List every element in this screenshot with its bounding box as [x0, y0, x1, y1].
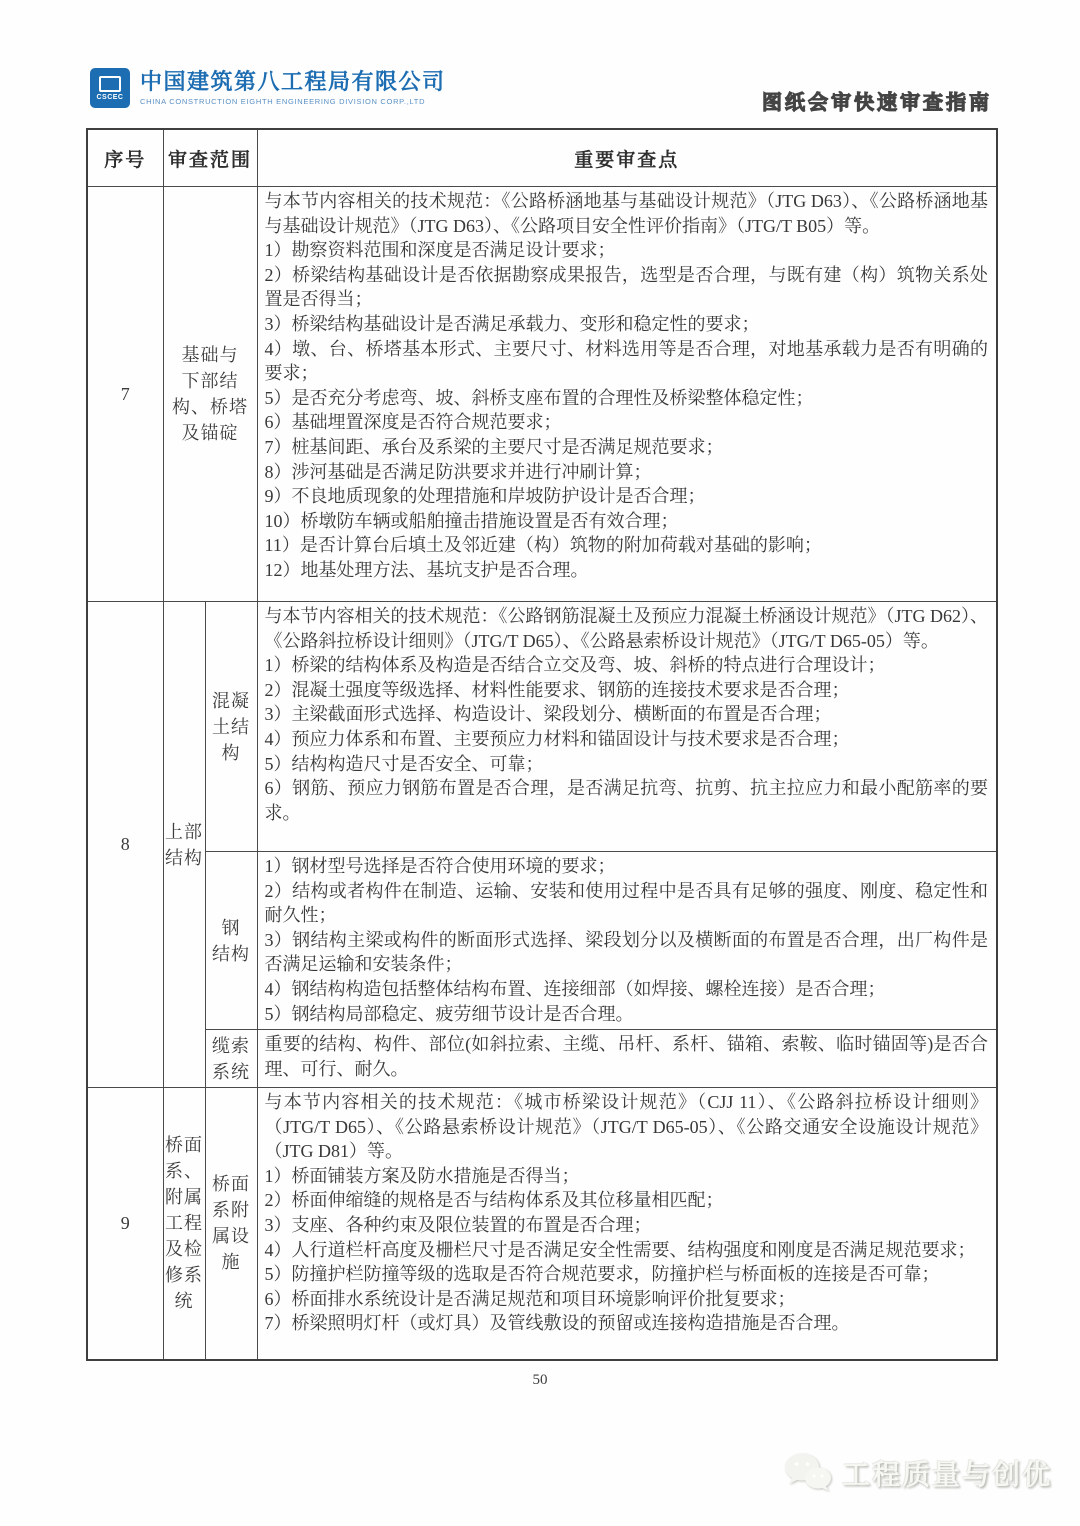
- wechat-icon: [783, 1452, 833, 1494]
- column-header-no: 序号: [87, 129, 163, 187]
- row9-number: 9: [87, 1088, 163, 1360]
- company-brand: CSCEC 中国建筑第八工程局有限公司 CHINA CONSTRUCTION E…: [90, 68, 446, 108]
- column-header-scope: 审查范围: [163, 129, 257, 187]
- row9-sub-deck: 桥面 系附 属设 施: [205, 1088, 257, 1360]
- table-row-7: 7 基础与 下部结 构、桥塔 及锚碇 与本节内容相关的技术规范：《公路桥涵地基与…: [87, 187, 997, 602]
- row8-sub-concrete: 混凝 土结 构: [205, 602, 257, 852]
- table-row-8-concrete: 8 上部 结构 混凝 土结 构 与本节内容相关的技术规范：《公路钢筋混凝土及预应…: [87, 602, 997, 852]
- table-row-8-steel: 钢 结构 1）钢材型号选择是否符合使用环境的要求； 2）结构或者构件在制造、运输…: [87, 852, 997, 1030]
- row9-scope: 桥面 系、 附属 工程 及检 修系 统: [163, 1088, 205, 1360]
- row7-number: 7: [87, 187, 163, 602]
- row8-concrete-points: 与本节内容相关的技术规范：《公路钢筋混凝土及预应力混凝土桥涵设计规范》（JTG …: [257, 602, 997, 852]
- watermark: 工程质量与创优: [783, 1452, 1052, 1494]
- row7-scope: 基础与 下部结 构、桥塔 及锚碇: [163, 187, 257, 602]
- cscec-logo-icon: CSCEC: [90, 68, 130, 108]
- table-row-9: 9 桥面 系、 附属 工程 及检 修系 统 桥面 系附 属设 施 与本节内容相关…: [87, 1088, 997, 1360]
- document-title: 图纸会审快速审查指南: [762, 86, 992, 115]
- row8-sub-steel: 钢 结构: [205, 852, 257, 1030]
- row8-number: 8: [87, 602, 163, 1088]
- row8-sub-cable: 缆索 系统: [205, 1030, 257, 1088]
- column-header-points: 重要审查点: [257, 129, 997, 187]
- logo-glyph: [99, 76, 121, 92]
- company-subtitle: CHINA CONSTRUCTION EIGHTH ENGINEERING DI…: [140, 97, 446, 106]
- row8-steel-points: 1）钢材型号选择是否符合使用环境的要求； 2）结构或者构件在制造、运输、安装和使…: [257, 852, 997, 1030]
- row9-deck-points: 与本节内容相关的技术规范：《城市桥梁设计规范》（CJJ 11）、《公路斜拉桥设计…: [257, 1088, 997, 1360]
- row8-scope: 上部 结构: [163, 602, 205, 1088]
- row8-cable-points: 重要的结构、构件、部位(如斜拉索、主缆、吊杆、系杆、锚箱、索鞍、临时锚固等)是否…: [257, 1030, 997, 1088]
- company-name: 中国建筑第八工程局有限公司: [140, 70, 446, 94]
- logo-mark-text: CSCEC: [96, 94, 123, 101]
- table-header-row: 序号 审查范围 重要审查点: [87, 129, 997, 187]
- page-number: 50: [0, 1372, 1080, 1389]
- company-name-block: 中国建筑第八工程局有限公司 CHINA CONSTRUCTION EIGHTH …: [140, 70, 446, 106]
- watermark-text: 工程质量与创优: [842, 1453, 1052, 1493]
- review-table: 序号 审查范围 重要审查点 7 基础与 下部结 构、桥塔 及锚碇 与本节内容相关…: [86, 128, 998, 1361]
- table-row-8-cable: 缆索 系统 重要的结构、构件、部位(如斜拉索、主缆、吊杆、系杆、锚箱、索鞍、临时…: [87, 1030, 997, 1088]
- row7-points: 与本节内容相关的技术规范：《公路桥涵地基与基础设计规范》（JTG D63）、《公…: [257, 187, 997, 602]
